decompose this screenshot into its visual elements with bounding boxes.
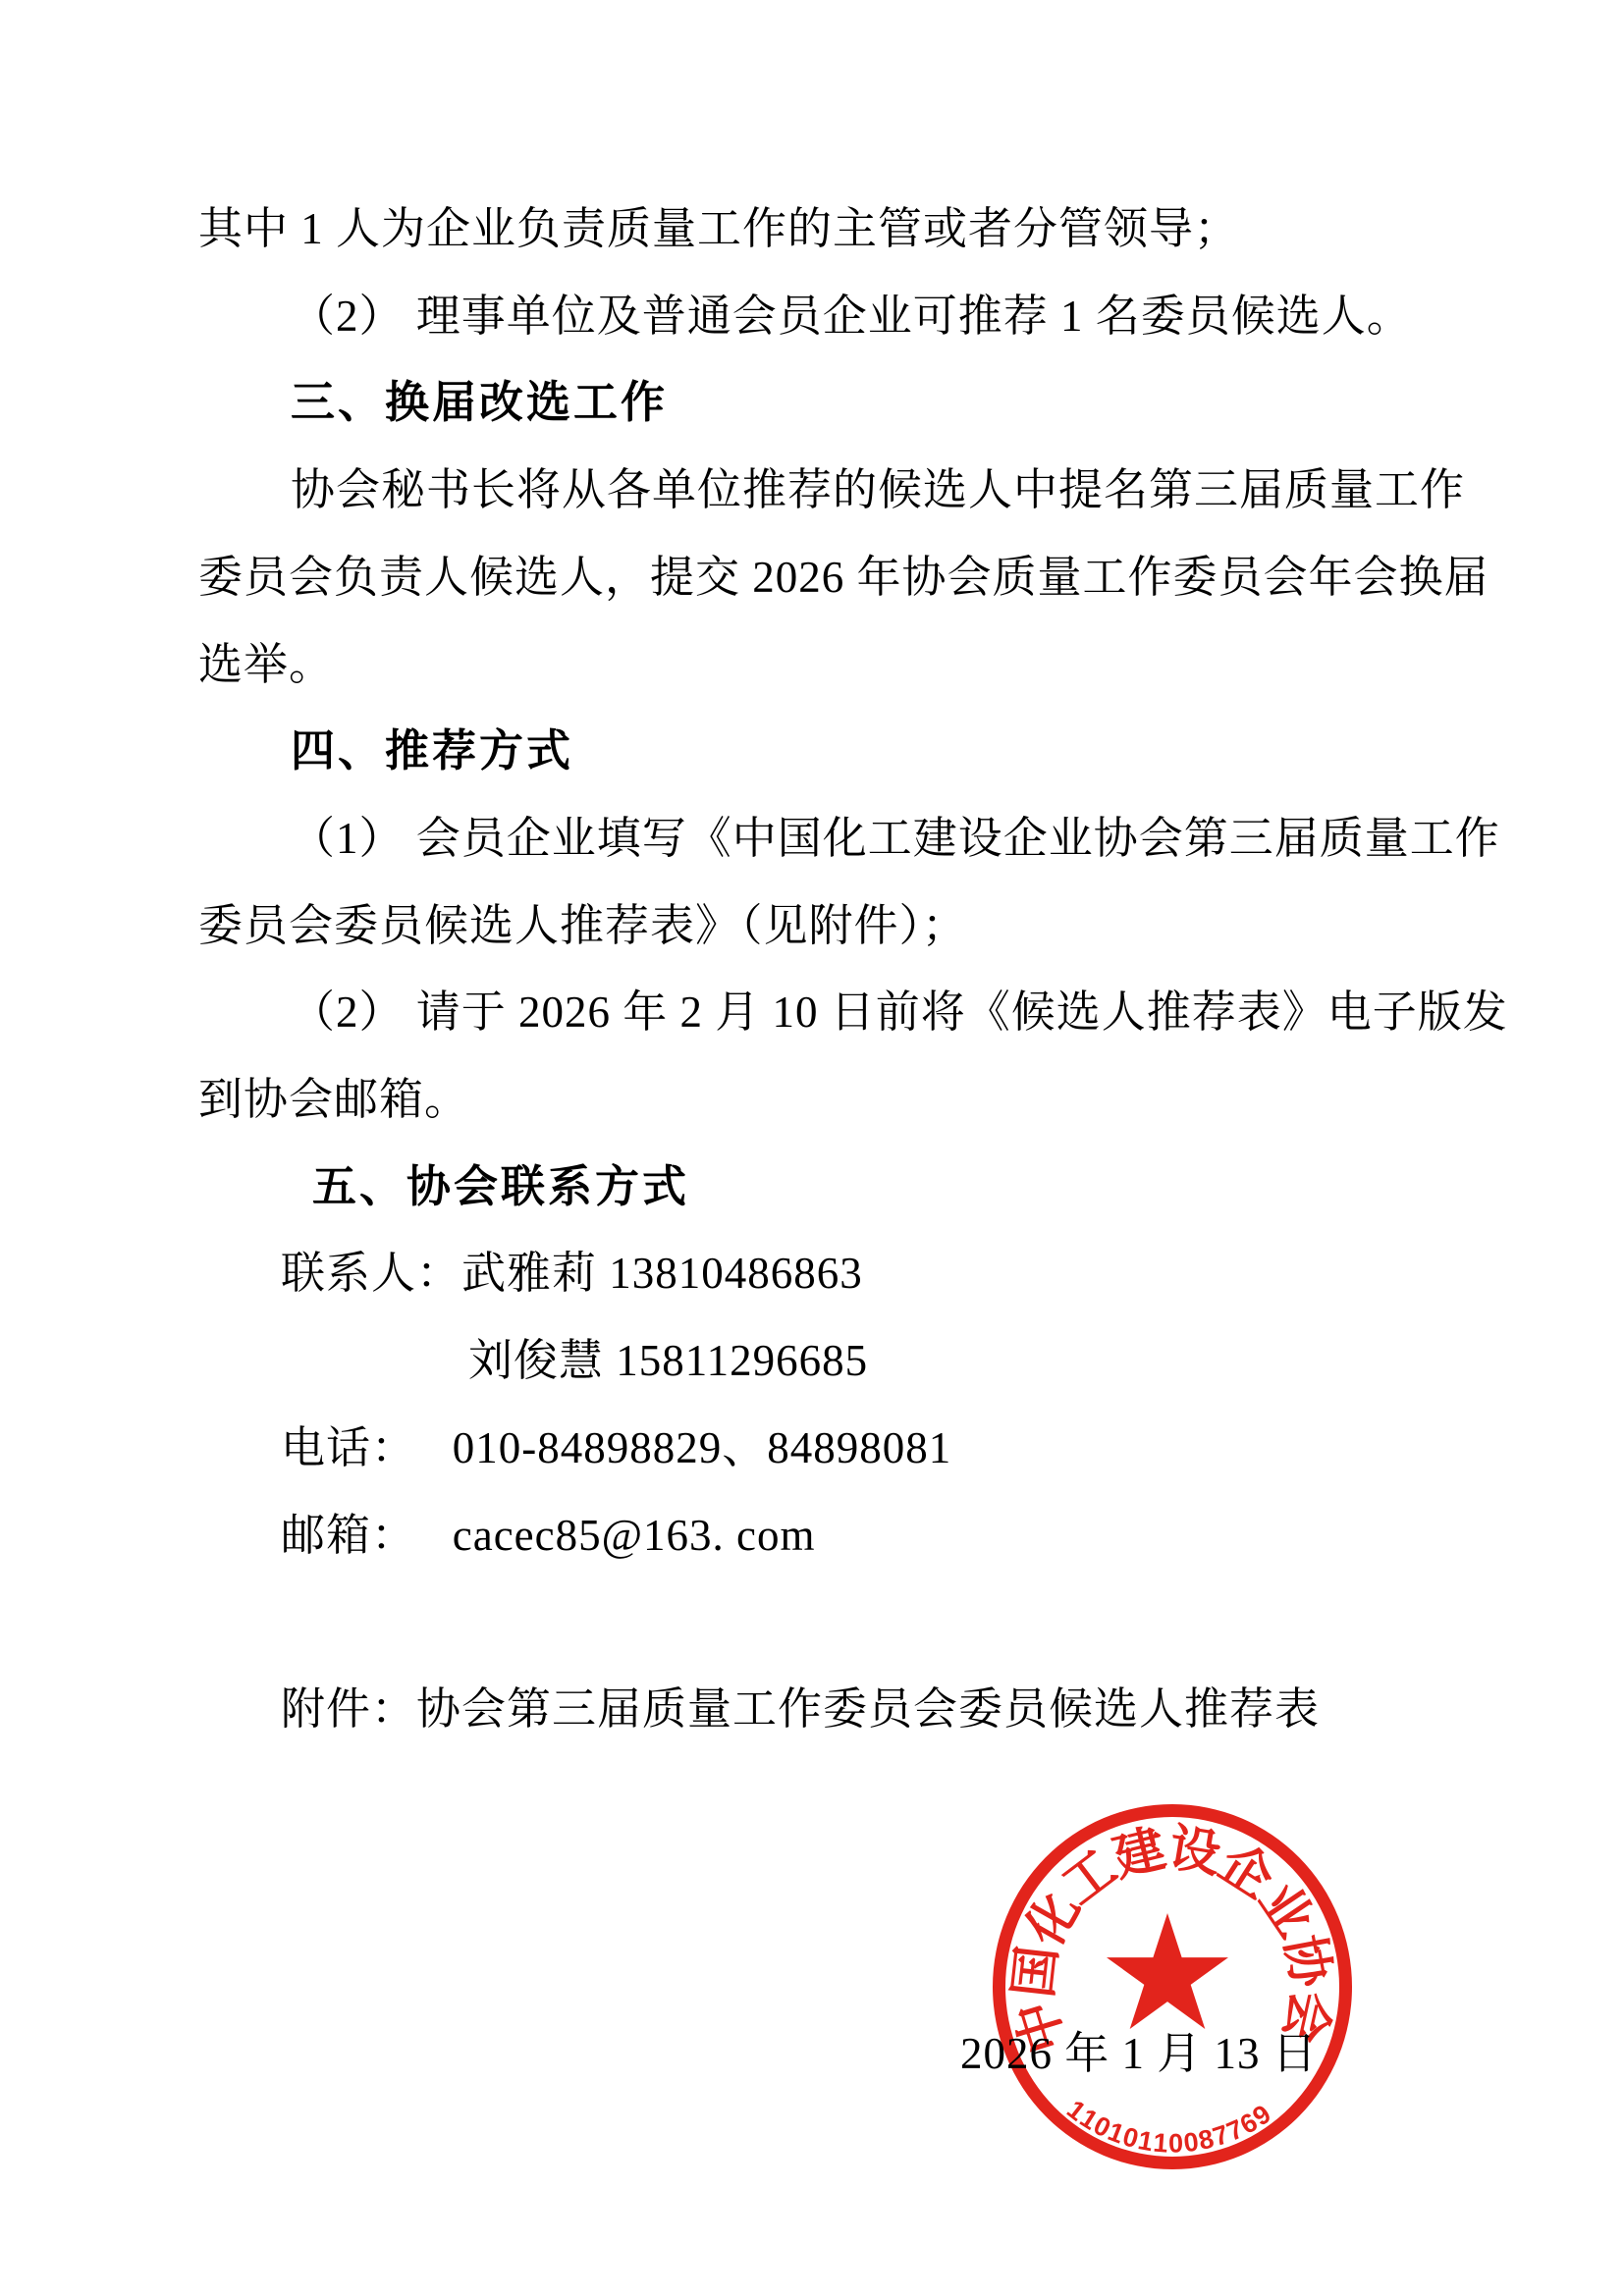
body-text-line: 其中 1 人为企业负责质量工作的主管或者分管领导； bbox=[198, 202, 1239, 255]
body-text-line: 协会秘书长将从各单位推荐的候选人中提名第三届质量工作 bbox=[291, 463, 1465, 516]
body-text-line: 电话： 010-84898829、84898081 bbox=[281, 1421, 951, 1474]
body-text-line: （2） 请于 2026 年 2 月 10 日前将《候选人推荐表》电子版发 bbox=[291, 986, 1508, 1039]
section-heading: 四、推荐方式 bbox=[291, 724, 573, 777]
body-text-line: （1） 会员企业填写《中国化工建设企业协会第三届质量工作 bbox=[291, 812, 1500, 865]
body-text-line: 联系人：武雅莉 13810486863 bbox=[281, 1247, 863, 1300]
seal-serial-digit: 1 bbox=[1152, 2128, 1168, 2160]
body-text-line: 刘俊慧 15811296685 bbox=[468, 1334, 868, 1387]
body-text-line: 委员会负责人候选人，提交 2026 年协会质量工作委员会年会换届 bbox=[198, 551, 1489, 604]
seal-serial-digit: 0 bbox=[1168, 2128, 1184, 2159]
body-text-line: 委员会委员候选人推荐表》（见附件）； bbox=[198, 899, 967, 952]
body-text-line: 选举。 bbox=[198, 638, 334, 691]
section-heading: 三、换届改选工作 bbox=[291, 376, 668, 429]
body-text-line: 邮箱： cacec85@163. com bbox=[281, 1509, 816, 1562]
body-text-line: 附件：协会第三届质量工作委员会委员候选人推荐表 bbox=[281, 1682, 1320, 1735]
document-page: 其中 1 人为企业负责质量工作的主管或者分管领导；（2） 理事单位及普通会员企业… bbox=[0, 0, 1624, 2296]
section-heading: 五、协会联系方式 bbox=[312, 1160, 689, 1213]
body-text-line: （2） 理事单位及普通会员企业可推荐 1 名委员候选人。 bbox=[291, 290, 1412, 343]
body-text-line: 到协会邮箱。 bbox=[198, 1073, 469, 1126]
